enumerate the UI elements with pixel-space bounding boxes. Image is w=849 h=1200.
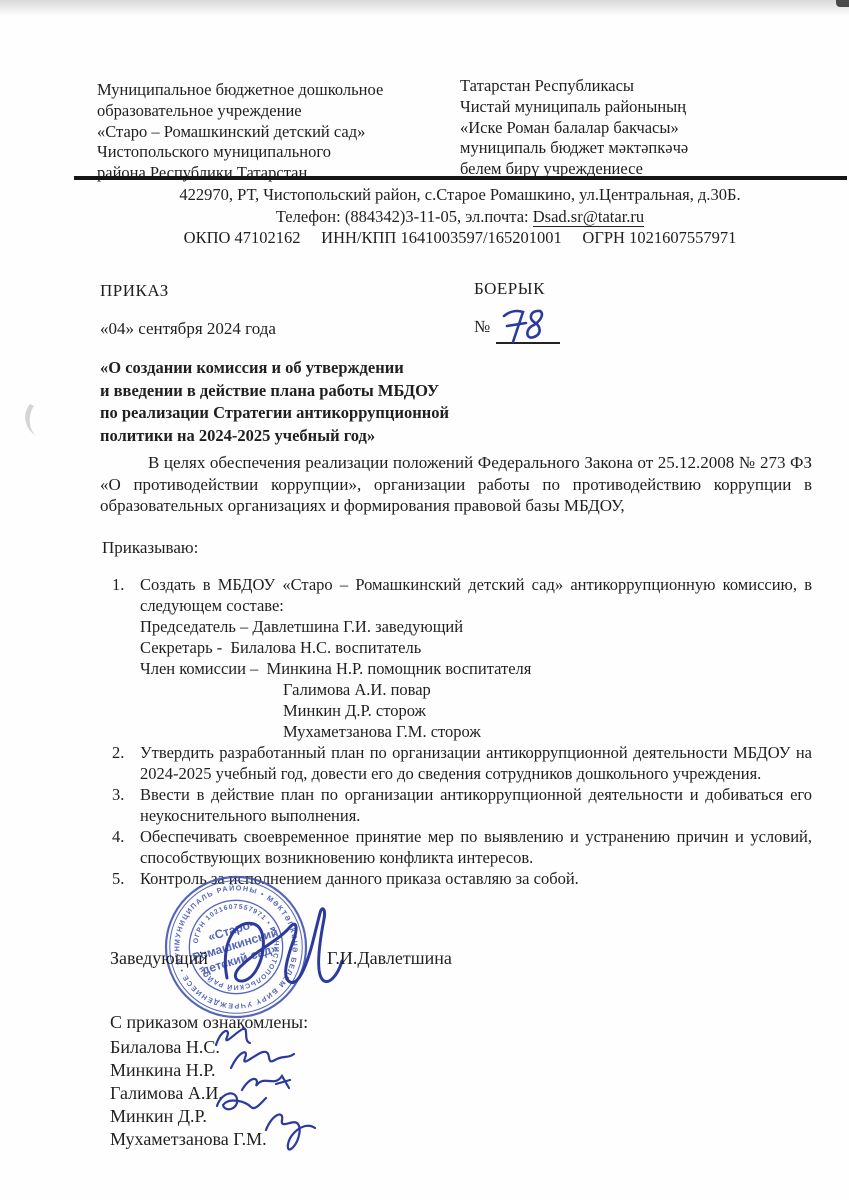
org-line: района Республики Татарстан xyxy=(97,163,417,184)
order-number-underline xyxy=(496,342,560,344)
acknowledgement-name: Галимова А.И. xyxy=(110,1082,267,1105)
address-line: 422970, РТ, Чистопольский район, с.Старо… xyxy=(95,184,825,206)
commission-member: Минкин Д.Р. сторож xyxy=(283,700,812,721)
order-item-2: 2. Утвердить разработанный план по орган… xyxy=(112,742,812,784)
handwritten-order-number: 78 xyxy=(500,305,552,347)
item-text: Ввести в действие план по организации ан… xyxy=(140,784,812,826)
commission-member: Мухаметзанова Г.М. сторож xyxy=(283,721,812,742)
contact-block: 422970, РТ, Чистопольский район, с.Старо… xyxy=(95,184,825,249)
scan-edge-shadow xyxy=(0,0,849,16)
org-line: образовательное учреждение xyxy=(97,101,417,122)
scan-corner-mark xyxy=(836,0,849,7)
order-item-4: 4. Обеспечивать своевременное принятие м… xyxy=(112,826,812,868)
acknowledgement-name: Билалова Н.С. xyxy=(110,1036,267,1059)
order-number-sign: № xyxy=(474,317,490,337)
email-text: Dsad.sr@tatar.ru xyxy=(533,207,644,227)
scanned-order-document: Муниципальное бюджетное дошкольное образ… xyxy=(0,0,849,1200)
signature-mukhametzanova xyxy=(262,1108,320,1154)
order-date: «04» сентября 2024 года xyxy=(100,319,276,339)
item-text: Утвердить разработанный план по организа… xyxy=(140,742,812,784)
commission-member: Галимова А.И. повар xyxy=(283,679,812,700)
acknowledgement-label: С приказом ознакомлены: xyxy=(110,1012,308,1033)
signoff-position: Заведующий xyxy=(110,948,208,969)
org-line: Татарстан Республикасы xyxy=(460,76,760,97)
acknowledgement-list: Билалова Н.С. Минкина Н.Р. Галимова А.И.… xyxy=(110,1036,267,1151)
item-number: 2. xyxy=(112,742,140,763)
item-number: 1. xyxy=(112,574,140,595)
item-number: 3. xyxy=(112,784,140,805)
title-line: и введении в действие плана работы МБДОУ xyxy=(100,380,580,403)
title-line: политики на 2024-2025 учебный год» xyxy=(100,425,580,448)
org-line: Чистай муниципаль районының xyxy=(460,97,760,118)
acknowledgement-name: Минкина Н.Р. xyxy=(110,1059,267,1082)
order-label-tatar: БОЕРЫК xyxy=(474,279,545,299)
acknowledgement-name: Минкин Д.Р. xyxy=(110,1105,267,1128)
title-line: «О создании комиссия и об утверждении xyxy=(100,357,580,380)
order-preamble: В целях обеспечения реализации положений… xyxy=(100,452,812,517)
org-line: муниципаль бюджет мәктәпкәчә xyxy=(460,138,760,159)
org-line: «Иске Роман балалар бакчасы» xyxy=(460,118,760,139)
commission-role: Председатель – Давлетшина Г.И. заведующи… xyxy=(140,616,812,637)
item-number: 5. xyxy=(112,868,140,889)
item-text: Создать в МБДОУ «Старо – Ромашкинский де… xyxy=(140,574,812,616)
org-line: Чистопольского муниципального xyxy=(97,142,417,163)
order-items: 1. Создать в МБДОУ «Старо – Ромашкинский… xyxy=(112,574,812,889)
commission-role: Секретарь - Билалова Н.С. воспитатель xyxy=(140,637,812,658)
order-command: Приказываю: xyxy=(102,538,198,558)
registry-codes-line: ОКПО 47102162 ИНН/КПП 1641003597/1652010… xyxy=(95,227,825,249)
order-item-1: 1. Создать в МБДОУ «Старо – Ромашкинский… xyxy=(112,574,812,742)
order-title: «О создании комиссия и об утверждении и … xyxy=(100,357,580,447)
acknowledgement-name: Мухаметзанова Г.М. xyxy=(110,1128,267,1151)
scan-crescent-artifact xyxy=(20,398,60,444)
signoff-name: Г.И.Давлетшина xyxy=(327,948,452,969)
commission-role: Член комиссии – Минкина Н.Р. помощник во… xyxy=(140,658,812,679)
letterhead-divider xyxy=(74,176,847,180)
title-line: по реализации Стратегии антикоррупционно… xyxy=(100,402,580,425)
org-line: Муниципальное бюджетное дошкольное xyxy=(97,80,417,101)
order-label-russian: ПРИКАЗ xyxy=(100,281,169,301)
letterhead-tatar: Татарстан Республикасы Чистай муниципаль… xyxy=(460,76,760,180)
order-item-3: 3. Ввести в действие план по организации… xyxy=(112,784,812,826)
official-stamp: МУНИЦИПАЛЬ РАЙОНЫ • МӘКТӘПКӘЧӘ БЕЛЕМ БИР… xyxy=(148,872,324,1022)
item-text: Обеспечивать своевременное принятие мер … xyxy=(140,826,812,868)
org-line: «Старо – Ромашкинский детский сад» xyxy=(97,122,417,143)
phone-text: Телефон: (884342)3-11-05, эл.почта: xyxy=(276,207,533,226)
letterhead-russian: Муниципальное бюджетное дошкольное образ… xyxy=(97,80,417,184)
item-number: 4. xyxy=(112,826,140,847)
phone-line: Телефон: (884342)3-11-05, эл.почта: Dsad… xyxy=(95,206,825,228)
